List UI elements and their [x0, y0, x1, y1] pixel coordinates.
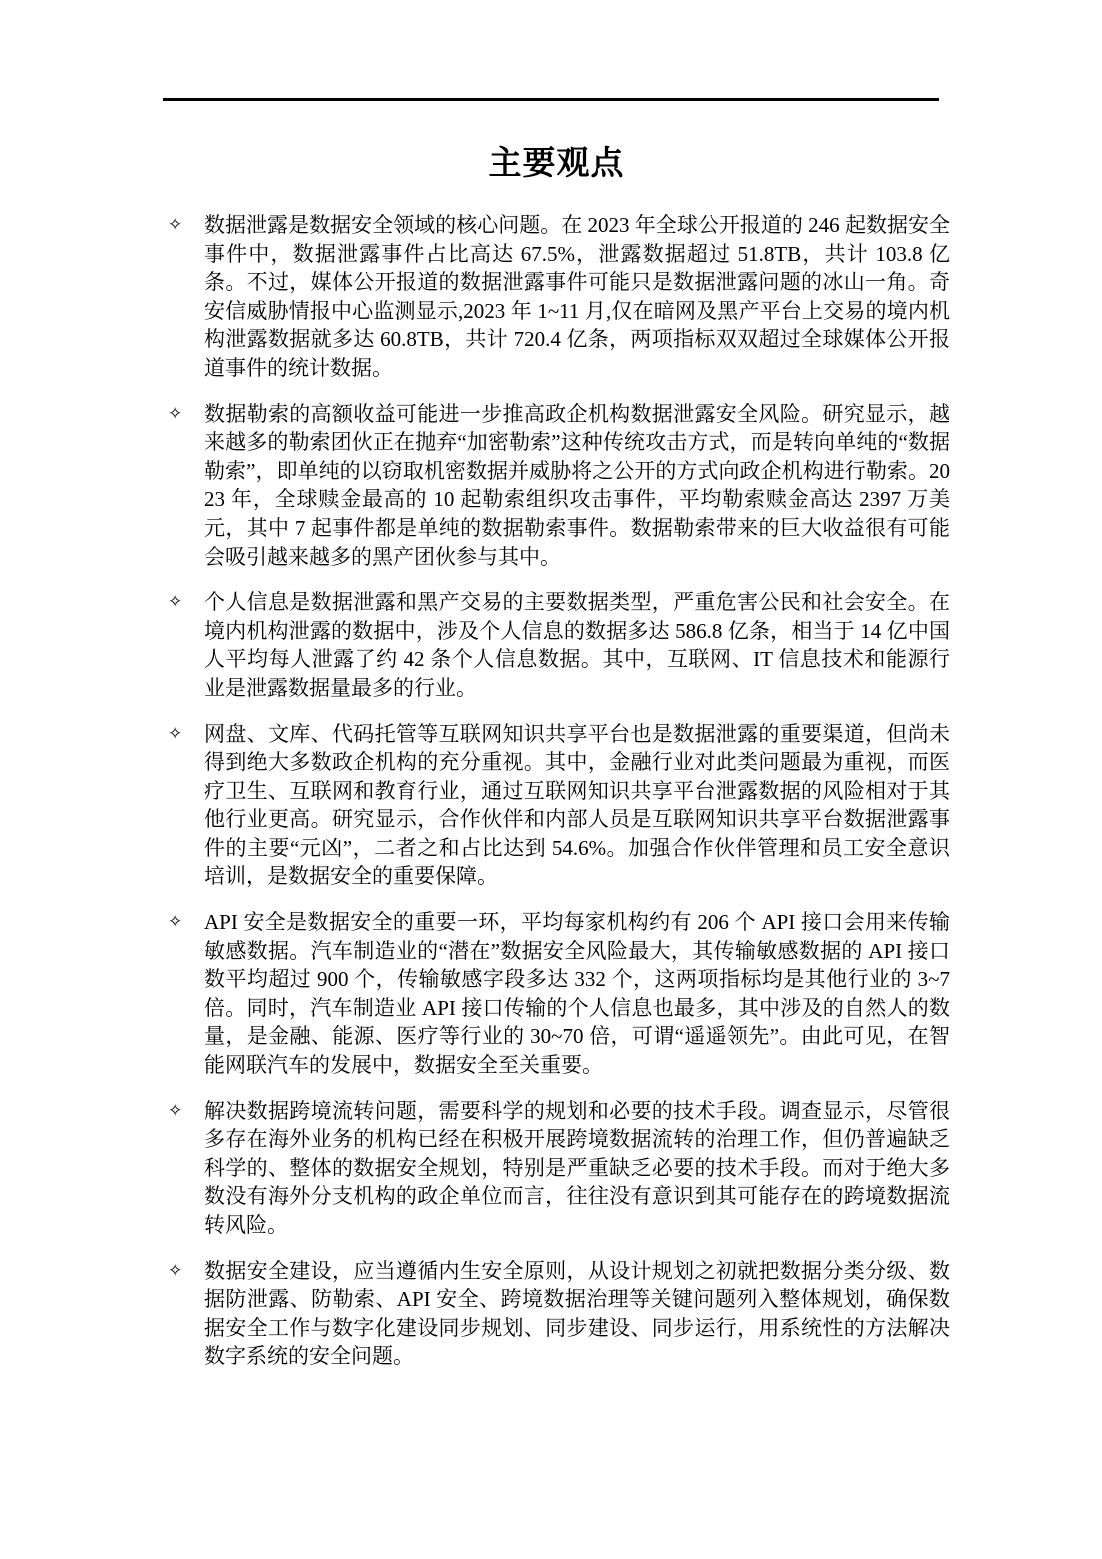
list-item: ✧ API 安全是数据安全的重要一环，平均每家机构约有 206 个 API 接口… [163, 908, 950, 1080]
list-item: ✧ 数据勒索的高额收益可能进一步推高政企机构数据泄露安全风险。研究显示，越来越多… [163, 400, 950, 572]
diamond-bullet-icon: ✧ [168, 910, 182, 934]
list-item: ✧ 数据泄露是数据安全领域的核心问题。在 2023 年全球公开报道的 246 起… [163, 211, 950, 383]
bullet-text: 数据泄露是数据安全领域的核心问题。在 2023 年全球公开报道的 246 起数据… [204, 211, 950, 383]
list-item: ✧ 个人信息是数据泄露和黑产交易的主要数据类型，严重危害公民和社会安全。在境内机… [163, 588, 950, 702]
document-body: 主要观点 ✧ 数据泄露是数据安全领域的核心问题。在 2023 年全球公开报道的 … [163, 101, 950, 1388]
page-title: 主要观点 [163, 101, 950, 184]
bullet-text: API 安全是数据安全的重要一环，平均每家机构约有 206 个 API 接口会用… [204, 908, 950, 1080]
bullet-text: 解决数据跨境流转问题，需要科学的规划和必要的技术手段。调查显示，尽管很多存在海外… [204, 1097, 950, 1240]
document-page: 主要观点 ✧ 数据泄露是数据安全领域的核心问题。在 2023 年全球公开报道的 … [0, 0, 1102, 1559]
list-item: ✧ 数据安全建设，应当遵循内生安全原则，从设计规划之初就把数据分类分级、数据防泄… [163, 1257, 950, 1371]
bullet-text: 网盘、文库、代码托管等互联网知识共享平台也是数据泄露的重要渠道，但尚未得到绝大多… [204, 720, 950, 892]
bullet-text: 数据勒索的高额收益可能进一步推高政企机构数据泄露安全风险。研究显示，越来越多的勒… [204, 400, 950, 572]
diamond-bullet-icon: ✧ [168, 1259, 182, 1283]
bullet-list: ✧ 数据泄露是数据安全领域的核心问题。在 2023 年全球公开报道的 246 起… [163, 211, 950, 1371]
diamond-bullet-icon: ✧ [168, 590, 182, 614]
diamond-bullet-icon: ✧ [168, 1099, 182, 1123]
bullet-text: 数据安全建设，应当遵循内生安全原则，从设计规划之初就把数据分类分级、数据防泄露、… [204, 1257, 950, 1371]
diamond-bullet-icon: ✧ [168, 402, 182, 426]
diamond-bullet-icon: ✧ [168, 213, 182, 237]
diamond-bullet-icon: ✧ [168, 722, 182, 746]
list-item: ✧ 解决数据跨境流转问题，需要科学的规划和必要的技术手段。调查显示，尽管很多存在… [163, 1097, 950, 1240]
list-item: ✧ 网盘、文库、代码托管等互联网知识共享平台也是数据泄露的重要渠道，但尚未得到绝… [163, 720, 950, 892]
bullet-text: 个人信息是数据泄露和黑产交易的主要数据类型，严重危害公民和社会安全。在境内机构泄… [204, 588, 950, 702]
